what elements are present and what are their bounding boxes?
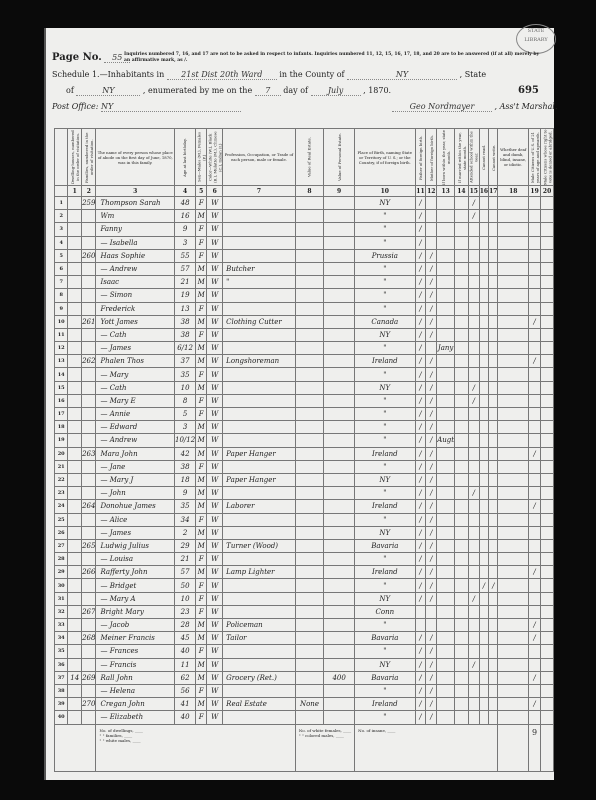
male-citizen [529, 328, 541, 341]
married-within-year [455, 210, 469, 223]
person-name: Bright Mary [96, 605, 175, 618]
cannot-write [489, 671, 498, 684]
attended-school [468, 526, 479, 539]
table-row: 25— Alice34FW"// [55, 513, 554, 526]
colored-males-count: " " colored males, ____ [299, 733, 351, 738]
dwelling-number [68, 553, 82, 566]
table-row: 12— James6/12MW"/Jany [55, 342, 554, 355]
birthplace: Bavaria [355, 671, 415, 684]
table-row: 21— Jane38FW"// [55, 460, 554, 473]
age: 40 [174, 711, 195, 724]
table-row: 31— Mary A10FWNY/// [55, 592, 554, 605]
cannot-read [479, 566, 488, 579]
vote-denied [541, 276, 554, 289]
person-name: Yott James [96, 315, 175, 328]
dwelling-number [68, 262, 82, 275]
library-stamp: STATE LIBRARY [516, 24, 556, 54]
dwelling-number [68, 315, 82, 328]
age: 8 [174, 394, 195, 407]
male-citizen [529, 223, 541, 236]
dwelling-number [68, 632, 82, 645]
birthplace: " [355, 460, 415, 473]
vote-denied [541, 684, 554, 697]
family-number [82, 619, 96, 632]
personal-estate-value [324, 487, 355, 500]
mother-foreign: / [426, 592, 437, 605]
color: W [207, 592, 223, 605]
table-row: 15— Cath10MWNY/// [55, 381, 554, 394]
father-foreign: / [415, 539, 426, 552]
disability [498, 632, 529, 645]
mother-foreign [426, 619, 437, 632]
personal-estate-value [324, 526, 355, 539]
born-within-year [437, 513, 455, 526]
table-row: 32267Bright Mary23FWConn [55, 605, 554, 618]
cannot-read [479, 197, 488, 210]
family-number [82, 368, 96, 381]
born-within-year [437, 355, 455, 368]
personal-estate-value [324, 632, 355, 645]
mother-foreign: / [426, 447, 437, 460]
personal-estate-value [324, 460, 355, 473]
married-within-year [455, 684, 469, 697]
birthplace: " [355, 262, 415, 275]
family-number [82, 223, 96, 236]
personal-estate-value [324, 394, 355, 407]
vote-denied [541, 658, 554, 671]
personal-estate-value [324, 355, 355, 368]
birthplace: " [355, 210, 415, 223]
sex: M [196, 526, 207, 539]
color: W [207, 197, 223, 210]
family-number: 260 [82, 249, 96, 262]
male-citizen: / [529, 619, 541, 632]
married-within-year [455, 368, 469, 381]
color: W [207, 381, 223, 394]
disability [498, 421, 529, 434]
father-foreign: / [415, 526, 426, 539]
table-row: 8— Simon19MW"// [55, 289, 554, 302]
personal-estate-value [324, 658, 355, 671]
of-label: of [66, 86, 74, 95]
color: W [207, 526, 223, 539]
occupation [223, 460, 296, 473]
born-within-year [437, 381, 455, 394]
family-number: 269 [82, 671, 96, 684]
cannot-read [479, 632, 488, 645]
table-row: 24264Donohue James35MWLaborerIreland/// [55, 500, 554, 513]
married-within-year [455, 539, 469, 552]
cannot-write [489, 394, 498, 407]
married-within-year [455, 698, 469, 711]
line-number: 32 [55, 605, 68, 618]
family-number [82, 473, 96, 486]
col-num: 9 [324, 186, 355, 197]
born-within-year [437, 473, 455, 486]
vote-denied [541, 262, 554, 275]
father-foreign: / [415, 684, 426, 697]
vote-denied [541, 460, 554, 473]
cannot-read [479, 684, 488, 697]
married-within-year [455, 526, 469, 539]
attended-school [468, 671, 479, 684]
marshal-name: Geo Nordmayer [392, 102, 492, 112]
married-within-year [455, 328, 469, 341]
born-within-year [437, 368, 455, 381]
line-number: 40 [55, 711, 68, 724]
attended-school [468, 355, 479, 368]
table-row: 17— Annie5FW"// [55, 408, 554, 421]
sex: M [196, 210, 207, 223]
col-num: 1 [68, 186, 82, 197]
vote-denied [541, 671, 554, 684]
line-number: 10 [55, 315, 68, 328]
family-number [82, 394, 96, 407]
line-number: 18 [55, 421, 68, 434]
personal-estate-value [324, 421, 355, 434]
attended-school [468, 289, 479, 302]
family-number [82, 526, 96, 539]
dwelling-number [68, 381, 82, 394]
attended-school [468, 473, 479, 486]
married-within-year [455, 553, 469, 566]
age: 3 [174, 421, 195, 434]
born-within-year [437, 553, 455, 566]
real-estate-value [295, 302, 323, 315]
line-number: 4 [55, 236, 68, 249]
age: 21 [174, 276, 195, 289]
person-name: — Elizabeth [96, 711, 175, 724]
married-within-year [455, 223, 469, 236]
family-number [82, 236, 96, 249]
sex: M [196, 276, 207, 289]
person-name: — Alice [96, 513, 175, 526]
cannot-read: / [479, 579, 488, 592]
birthplace: NY [355, 328, 415, 341]
sex: F [196, 408, 207, 421]
disability [498, 539, 529, 552]
occupation [223, 342, 296, 355]
family-number [82, 302, 96, 315]
col-num: 6 [207, 186, 223, 197]
born-within-year [437, 447, 455, 460]
real-estate-value [295, 408, 323, 421]
birthplace: NY [355, 592, 415, 605]
person-name: — Edward [96, 421, 175, 434]
dwelling-number [68, 368, 82, 381]
col-10-header: Place of Birth, naming State or Territor… [355, 129, 415, 186]
dwelling-number [68, 645, 82, 658]
line-number: 26 [55, 526, 68, 539]
male-citizen: / [529, 500, 541, 513]
attended-school: / [468, 210, 479, 223]
cannot-write [489, 368, 498, 381]
color: W [207, 671, 223, 684]
personal-estate-value [324, 605, 355, 618]
attended-school [468, 236, 479, 249]
male-citizen [529, 605, 541, 618]
cannot-write [489, 605, 498, 618]
dwelling-number [68, 473, 82, 486]
white-females-count: No. of white females, ____ [299, 728, 351, 733]
real-estate-value [295, 460, 323, 473]
table-row: 26— James2MWNY// [55, 526, 554, 539]
cannot-write [489, 619, 498, 632]
table-row: 7Isaac21MW""// [55, 276, 554, 289]
family-number [82, 434, 96, 447]
census-table: Dwelling-houses, numbered in the order o… [54, 128, 554, 772]
male-citizen [529, 539, 541, 552]
attended-school [468, 447, 479, 460]
family-number: 262 [82, 355, 96, 368]
age: 38 [174, 460, 195, 473]
insane-count: No. of insane, ____ [358, 728, 494, 733]
father-foreign: / [415, 658, 426, 671]
real-estate-value [295, 421, 323, 434]
color: W [207, 645, 223, 658]
family-number: 268 [82, 632, 96, 645]
personal-estate-value [324, 579, 355, 592]
cannot-read [479, 487, 488, 500]
personal-estate-value [324, 513, 355, 526]
real-estate-value [295, 328, 323, 341]
age: 5 [174, 408, 195, 421]
occupation: Longshoreman [223, 355, 296, 368]
disability [498, 434, 529, 447]
married-within-year [455, 197, 469, 210]
age: 18 [174, 473, 195, 486]
vote-denied [541, 434, 554, 447]
age: 16 [174, 210, 195, 223]
attended-school [468, 460, 479, 473]
line-number: 8 [55, 289, 68, 302]
color: W [207, 342, 223, 355]
married-within-year [455, 619, 469, 632]
personal-estate-value [324, 368, 355, 381]
born-within-year: Jany [437, 342, 455, 355]
born-within-year [437, 658, 455, 671]
census-sheet: STATE LIBRARY Page No. 55 Inquiries numb… [44, 28, 554, 780]
occupation [223, 553, 296, 566]
col-11-header: Father of foreign birth. [415, 129, 426, 186]
occupation [223, 605, 296, 618]
attended-school [468, 632, 479, 645]
col-num: 16 [479, 186, 488, 197]
col-13-header: If born within the year, state month. [437, 129, 455, 186]
father-foreign: / [415, 328, 426, 341]
cannot-write [489, 592, 498, 605]
married-within-year [455, 513, 469, 526]
table-row: 6— Andrew57MWButcher"// [55, 262, 554, 275]
attended-school [468, 566, 479, 579]
dwelling-number: 14 [68, 671, 82, 684]
real-estate-value [295, 473, 323, 486]
occupation [223, 645, 296, 658]
married-within-year [455, 579, 469, 592]
person-name: Cregan John [96, 698, 175, 711]
born-within-year [437, 711, 455, 724]
born-within-year [437, 276, 455, 289]
color: W [207, 408, 223, 421]
sheet-number: 695 [518, 85, 539, 96]
dwelling-number [68, 434, 82, 447]
vote-denied [541, 447, 554, 460]
cannot-read [479, 605, 488, 618]
dwelling-number [68, 394, 82, 407]
sex: M [196, 262, 207, 275]
occupation: Policeman [223, 619, 296, 632]
mother-foreign: / [426, 684, 437, 697]
cannot-read [479, 658, 488, 671]
cannot-write [489, 276, 498, 289]
white-males-count: " " white males, ____ [99, 738, 291, 743]
person-name: Ludwig Julius [96, 539, 175, 552]
age: 19 [174, 289, 195, 302]
age: 38 [174, 328, 195, 341]
col-2-header: Families, numbered in the order of visit… [82, 129, 96, 186]
sex: M [196, 355, 207, 368]
personal-estate-value [324, 711, 355, 724]
state-value: NY [76, 86, 140, 96]
male-citizen [529, 434, 541, 447]
father-foreign: / [415, 711, 426, 724]
sex: M [196, 434, 207, 447]
occupation [223, 197, 296, 210]
disability [498, 249, 529, 262]
personal-estate-value [324, 500, 355, 513]
attended-school [468, 619, 479, 632]
vote-denied [541, 553, 554, 566]
attended-school: / [468, 658, 479, 671]
disability [498, 197, 529, 210]
cannot-write [489, 355, 498, 368]
color: W [207, 711, 223, 724]
line-number: 9 [55, 302, 68, 315]
real-estate-value [295, 262, 323, 275]
male-citizen [529, 460, 541, 473]
married-within-year [455, 302, 469, 315]
birthplace: " [355, 434, 415, 447]
occupation [223, 579, 296, 592]
occupation [223, 289, 296, 302]
family-number [82, 684, 96, 697]
family-number [82, 592, 96, 605]
dwelling-number [68, 408, 82, 421]
father-foreign: / [415, 355, 426, 368]
col-8-header: Value of Real Estate. [295, 129, 323, 186]
personal-estate-value [324, 381, 355, 394]
line-number: 12 [55, 342, 68, 355]
born-within-year [437, 526, 455, 539]
occupation: Paper Hanger [223, 447, 296, 460]
birthplace: Conn [355, 605, 415, 618]
post-office-line: Post Office: NY [52, 102, 241, 112]
age: 3 [174, 236, 195, 249]
sex: M [196, 632, 207, 645]
disability [498, 342, 529, 355]
occupation [223, 526, 296, 539]
real-estate-value [295, 579, 323, 592]
cannot-write [489, 566, 498, 579]
vote-denied [541, 513, 554, 526]
dwelling-number [68, 566, 82, 579]
line-number: 6 [55, 262, 68, 275]
occupation [223, 328, 296, 341]
census-rows: 1259Thompson Sarah48FWNY//2Wm16MW"//3Fan… [55, 197, 554, 725]
color: W [207, 394, 223, 407]
occupation [223, 236, 296, 249]
personal-estate-value [324, 539, 355, 552]
family-number [82, 210, 96, 223]
family-number: 264 [82, 500, 96, 513]
cannot-write [489, 513, 498, 526]
father-foreign: / [415, 632, 426, 645]
family-number [82, 289, 96, 302]
line-number: 35 [55, 645, 68, 658]
real-estate-value [295, 249, 323, 262]
age: 42 [174, 447, 195, 460]
person-name: — Francis [96, 658, 175, 671]
cannot-read [479, 711, 488, 724]
person-name: Isaac [96, 276, 175, 289]
vote-denied [541, 315, 554, 328]
birthplace: Ireland [355, 500, 415, 513]
line-number: 16 [55, 394, 68, 407]
col-1-header: Dwelling-houses, numbered in the order o… [68, 129, 82, 186]
cannot-read [479, 434, 488, 447]
born-within-year [437, 566, 455, 579]
cannot-write [489, 342, 498, 355]
male-citizen [529, 249, 541, 262]
mother-foreign: / [426, 249, 437, 262]
col-num: 11 [415, 186, 426, 197]
color: W [207, 539, 223, 552]
line-number: 31 [55, 592, 68, 605]
born-within-year: Augt [437, 434, 455, 447]
location-value: 21st Dist 20th Ward [167, 70, 277, 80]
disability [498, 381, 529, 394]
col-num: 17 [489, 186, 498, 197]
age: 38 [174, 315, 195, 328]
mother-foreign: / [426, 539, 437, 552]
born-within-year [437, 539, 455, 552]
attended-school [468, 408, 479, 421]
occupation [223, 711, 296, 724]
person-name: — Annie [96, 408, 175, 421]
line-number: 3 [55, 223, 68, 236]
family-number [82, 421, 96, 434]
birthplace: " [355, 289, 415, 302]
col-num: 10 [355, 186, 415, 197]
vote-denied [541, 645, 554, 658]
table-row: 18— Edward3MW"// [55, 421, 554, 434]
real-estate-value [295, 381, 323, 394]
born-within-year [437, 421, 455, 434]
born-within-year [437, 592, 455, 605]
married-within-year [455, 632, 469, 645]
attended-school [468, 368, 479, 381]
disability [498, 671, 529, 684]
cannot-read [479, 698, 488, 711]
vote-denied [541, 236, 554, 249]
cannot-write [489, 539, 498, 552]
mother-foreign: / [426, 276, 437, 289]
father-foreign: / [415, 262, 426, 275]
person-name: — John [96, 487, 175, 500]
male-citizen [529, 487, 541, 500]
vote-denied [541, 197, 554, 210]
born-within-year [437, 262, 455, 275]
